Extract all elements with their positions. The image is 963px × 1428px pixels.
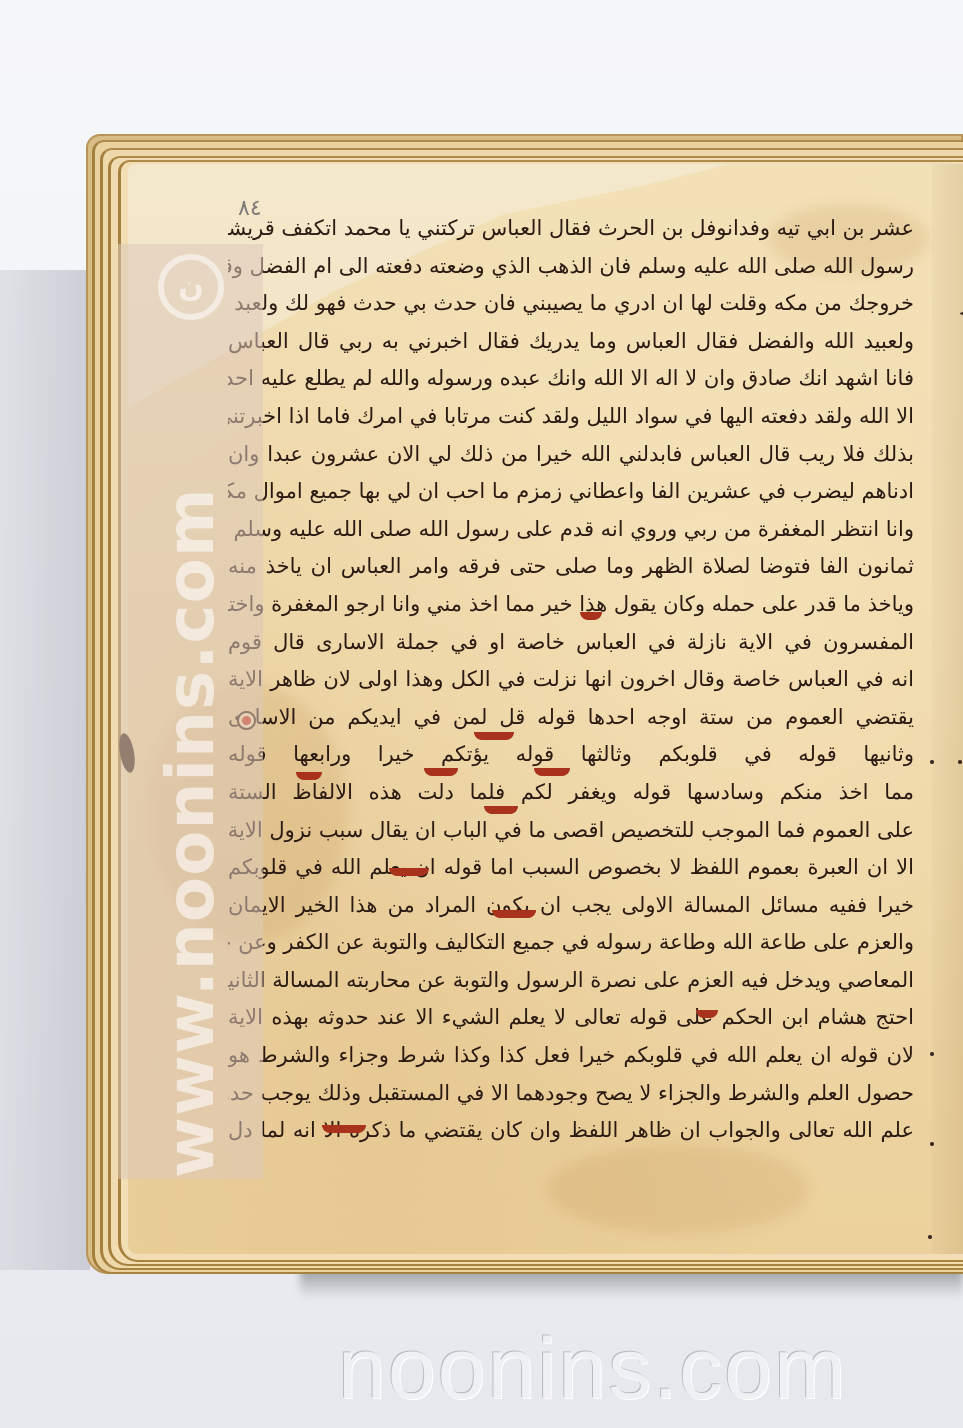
paper-stain (548, 1144, 808, 1234)
text-line: عشر بن ابي تيه وفدانوفل بن الحرث فقال ال… (228, 210, 914, 248)
rubric-mark (484, 806, 518, 814)
rubric-mark (534, 768, 570, 776)
margin-dot (930, 1142, 934, 1146)
text-line: فانا اشهد انك صادق وان لا اله الا الله و… (228, 360, 914, 398)
text-line: يقتضي العموم من ستة اوجه احدها قوله قل ل… (228, 699, 914, 737)
margin-dot (928, 1235, 932, 1239)
watermark-bottom-text: noonins.com (338, 1320, 848, 1419)
text-line: بذلك فلا ريب قال العباس فابدلني الله خير… (228, 436, 914, 474)
rubric-mark (492, 910, 536, 918)
text-line: انه في العباس خاصة وقال اخرون انها نزلت … (228, 661, 914, 699)
margin-dot (930, 1052, 934, 1056)
text-line: مما اخذ منكم وسادسها قوله ويغفر لكم فلما… (228, 774, 914, 812)
text-line: على العموم فما الموجب للتخصيص اقصى ما في… (228, 812, 914, 850)
text-line: حصول العلم والشرط والجزاء لا يصح وجودهما… (228, 1075, 914, 1113)
rubric-mark (424, 768, 458, 776)
rubric-mark (322, 1125, 366, 1133)
text-line: وياخذ ما قدر على حمله وكان يقول هذا خير … (228, 586, 914, 624)
text-line: خروجك من مكه وقلت لها ان ادري ما يصيبني … (228, 285, 914, 323)
manuscript-text-block: عشر بن ابي تيه وفدانوفل بن الحرث فقال ال… (228, 210, 914, 1150)
text-line: وانا انتظر المغفرة من ربي وروي انه قدم ع… (228, 511, 914, 549)
text-line: احتج هشام ابن الحكم على قوله تعالى لا يع… (228, 999, 914, 1037)
rubric-mark (389, 868, 429, 876)
text-line: والعزم على طاعة الله وطاعة رسوله في جميع… (228, 924, 914, 962)
text-line: ثمانون الفا فتوضا لصلاة الظهر وما صلى حت… (228, 548, 914, 586)
text-line: الا ان العبرة بعموم اللفظ لا بخصوص السبب… (228, 849, 914, 887)
table-shadow-left (0, 270, 90, 1270)
text-line: خيرا ففيه مسائل المسالة الاولى يجب ان يك… (228, 887, 914, 925)
text-line: وثانيها قوله في قلوبكم وثالثها قوله يؤتك… (228, 736, 914, 774)
text-line: المفسرون في الاية نازلة في العباس خاصة ا… (228, 624, 914, 662)
text-line: الا الله ولقد دفعته اليها في سواد الليل … (228, 398, 914, 436)
text-line: ولعبيد الله والفضل فقال العباس وما يدريك… (228, 323, 914, 361)
watermark-vertical-text: www.noonins.com (152, 487, 229, 1178)
copyright-icon: ن (158, 254, 224, 320)
text-line: المعاصي ويدخل فيه العزم على نصرة الرسول … (228, 962, 914, 1000)
text-line: ادناهم ليضرب في عشرين الفا واعطاني زمزم … (228, 473, 914, 511)
text-line: رسول الله صلى الله عليه وسلم فان الذهب ا… (228, 248, 914, 286)
text-line: لان قوله ان يعلم الله في قلوبكم خيرا فعل… (228, 1037, 914, 1075)
margin-dot (958, 760, 962, 764)
margin-dot (930, 760, 934, 764)
rubric-mark (474, 732, 514, 740)
photo-scene: ٨٤ عشر بن ابي تيه وفدانوفل بن الحرث فقال… (0, 0, 963, 1428)
page-right-shading (932, 164, 963, 1254)
rubric-mark (296, 772, 322, 780)
